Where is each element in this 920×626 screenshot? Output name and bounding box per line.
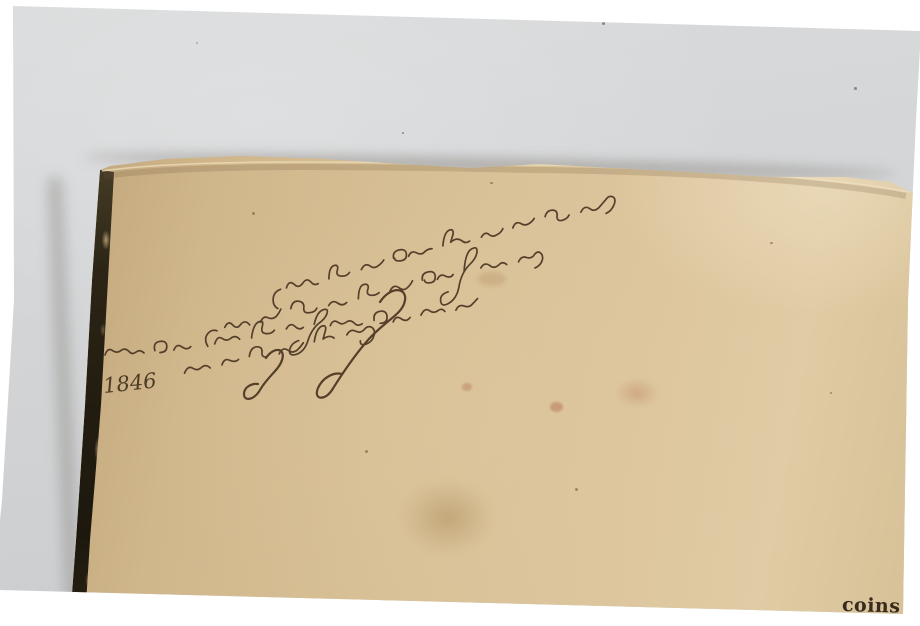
dust-speck bbox=[402, 132, 404, 134]
inscription-year: 1846 bbox=[102, 369, 158, 398]
dust-speck bbox=[196, 42, 198, 44]
handwritten-inscription: 1846 bbox=[70, 150, 920, 626]
coins-watermark: coins bbox=[842, 595, 919, 617]
dust-speck bbox=[854, 87, 857, 90]
coins-watermark-label: coins bbox=[842, 594, 901, 618]
handwritten-line-1 bbox=[268, 196, 621, 309]
book-photograph: 1846 coins bbox=[0, 0, 920, 626]
handwriting-flourish bbox=[244, 290, 405, 399]
book: 1846 bbox=[70, 150, 920, 626]
dust-speck bbox=[602, 22, 605, 25]
photo-canvas: 1846 coins bbox=[0, 0, 920, 626]
